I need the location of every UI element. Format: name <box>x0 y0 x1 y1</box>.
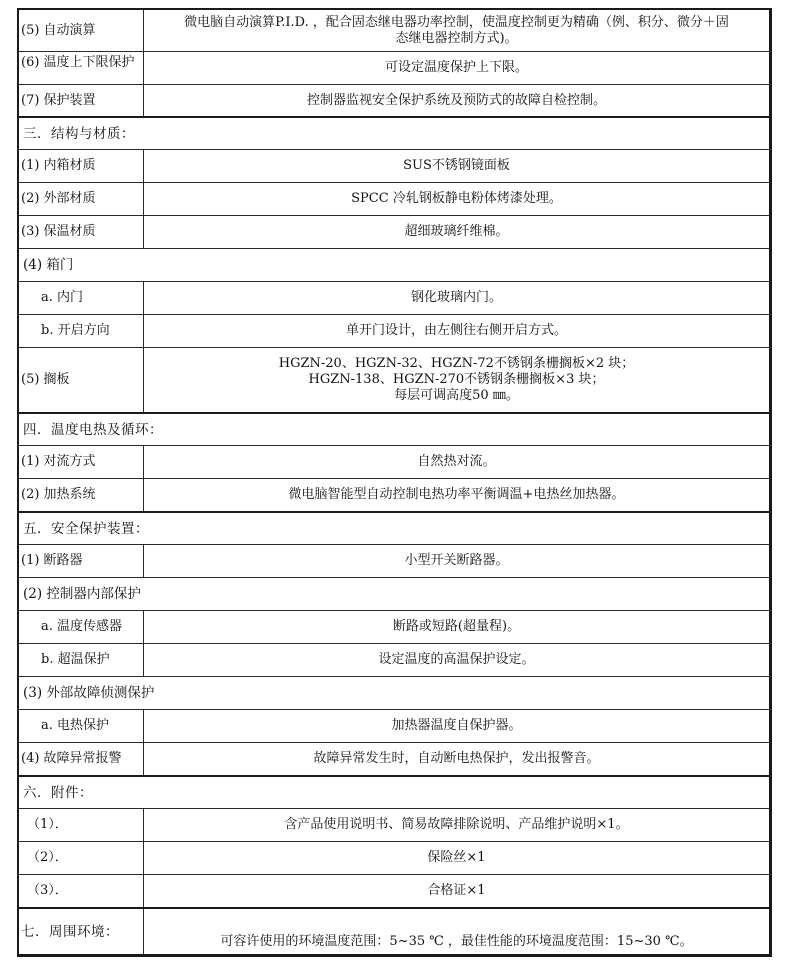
table-row: (3) 保温材质 超细玻璃纤维棉。 <box>19 215 769 248</box>
row-label: (4) 箱门 <box>19 249 769 281</box>
table-subheader: (4) 箱门 <box>19 248 769 281</box>
row-value: 钢化玻璃内门。 <box>144 282 769 314</box>
row-label: a. 内门 <box>19 282 144 314</box>
table-row-auto-calc: (5) 自动演算 微电脑自动演算P.I.D. ，配合固态继电器功率控制，使温度控… <box>19 10 769 51</box>
row-label: a. 电热保护 <box>19 710 144 742</box>
row-value: SUS不锈钢镜面板 <box>144 150 769 182</box>
row-value: SPCC 冷轧钢板静电粉体烤漆处理。 <box>144 183 769 215</box>
value-line: 微电脑自动演算P.I.D. ，配合固态继电器功率控制，使温度控制更为精确（例、积… <box>184 15 729 31</box>
row-label: a. 温度传感器 <box>19 611 144 643</box>
section-header-structure: 三．结构与材质： <box>19 116 769 149</box>
row-label: (2) 外部材质 <box>19 183 144 215</box>
row-value: 微电脑自动演算P.I.D. ，配合固态继电器功率控制，使温度控制更为精确（例、积… <box>144 10 769 51</box>
row-label: (1) 对流方式 <box>19 446 144 478</box>
row-label: （3）． <box>19 875 144 907</box>
row-label: (3) 保温材质 <box>19 216 144 248</box>
table-row: （2）． 保险丝×1 <box>19 841 769 874</box>
table-row: （1）． 含产品使用说明书、简易故障排除说明、产品维护说明×1。 <box>19 808 769 841</box>
table-row: (1) 对流方式 自然热对流。 <box>19 445 769 478</box>
row-value: 保险丝×1 <box>144 842 769 874</box>
table-row-temp-limit: (6) 温度上下限保护 可设定温度保护上下限。 <box>19 51 769 84</box>
row-label: （1）． <box>19 809 144 841</box>
table-row: (1) 断路器 小型开关断路器。 <box>19 544 769 577</box>
section-header-safety: 五．安全保护装置： <box>19 511 769 544</box>
section-header-accessories: 六．附件： <box>19 775 769 808</box>
table-subheader: (3) 外部故障侦测保护 <box>19 676 769 709</box>
row-value: 小型开关断路器。 <box>144 545 769 577</box>
row-label: b. 超温保护 <box>19 644 144 676</box>
row-label: (7) 保护装置 <box>19 85 144 116</box>
table-row: (4) 故障异常报警 故障异常发生时，自动断电热保护，发出报警音。 <box>19 742 769 775</box>
value-line: HGZN-20、HGZN-32、HGZN-72不锈钢条栅搁板×2 块； <box>279 356 635 372</box>
row-value: 可容许使用的环境温度范围：5~35 ℃ ，最佳性能的环境温度范围：15~30 ℃… <box>144 909 769 954</box>
table-row: (2) 外部材质 SPCC 冷轧钢板静电粉体烤漆处理。 <box>19 182 769 215</box>
section-title: 七．周围环境： <box>19 909 144 954</box>
row-label: (5) 自动演算 <box>19 10 144 51</box>
row-value: HGZN-20、HGZN-32、HGZN-72不锈钢条栅搁板×2 块； HGZN… <box>144 348 769 412</box>
spec-table: (5) 自动演算 微电脑自动演算P.I.D. ，配合固态继电器功率控制，使温度控… <box>17 8 772 957</box>
row-value: 自然热对流。 <box>144 446 769 478</box>
row-label: (4) 故障异常报警 <box>19 743 144 775</box>
table-row: b. 超温保护 设定温度的高温保护设定。 <box>19 643 769 676</box>
row-value: 可设定温度保护上下限。 <box>144 52 769 84</box>
section-title: 四．温度电热及循环： <box>19 414 769 445</box>
value-line: 每层可调高度50 ㎜。 <box>394 388 519 404</box>
row-label: (6) 温度上下限保护 <box>19 52 144 84</box>
row-value: 超细玻璃纤维棉。 <box>144 216 769 248</box>
table-subheader: (2) 控制器内部保护 <box>19 577 769 610</box>
row-label: (1) 内箱材质 <box>19 150 144 182</box>
row-label: （2）． <box>19 842 144 874</box>
row-label: (1) 断路器 <box>19 545 144 577</box>
value-line: HGZN-138、HGZN-270不锈钢条栅搁板×3 块； <box>309 372 605 388</box>
section-title: 六．附件： <box>19 777 769 808</box>
row-value: 控制器监视安全保护系统及预防式的故障自检控制。 <box>144 85 769 116</box>
section-header-heating: 四．温度电热及循环： <box>19 412 769 445</box>
section-title: 五．安全保护装置： <box>19 513 769 544</box>
row-value: 合格证×1 <box>144 875 769 907</box>
row-label: (5) 搁板 <box>19 348 144 412</box>
table-row: (2) 加热系统 微电脑智能型自动控制电热功率平衡调温+电热丝加热器。 <box>19 478 769 511</box>
table-row: a. 电热保护 加热器温度自保护器。 <box>19 709 769 742</box>
table-row: (1) 内箱材质 SUS不锈钢镜面板 <box>19 149 769 182</box>
row-value: 单开门设计，由左侧往右侧开启方式。 <box>144 315 769 347</box>
row-value: 加热器温度自保护器。 <box>144 710 769 742</box>
table-row-shelves: (5) 搁板 HGZN-20、HGZN-32、HGZN-72不锈钢条栅搁板×2 … <box>19 347 769 412</box>
row-label: b. 开启方向 <box>19 315 144 347</box>
row-value: 故障异常发生时，自动断电热保护，发出报警音。 <box>144 743 769 775</box>
table-row-protection: (7) 保护装置 控制器监视安全保护系统及预防式的故障自检控制。 <box>19 84 769 116</box>
row-value: 含产品使用说明书、简易故障排除说明、产品维护说明×1。 <box>144 809 769 841</box>
value-line: 态继电器控制方式)。 <box>395 31 517 47</box>
row-label: (3) 外部故障侦测保护 <box>19 677 769 709</box>
row-value: 设定温度的高温保护设定。 <box>144 644 769 676</box>
table-row: （3）． 合格证×1 <box>19 874 769 907</box>
table-row: a. 温度传感器 断路或短路(超量程)。 <box>19 610 769 643</box>
table-row: b. 开启方向 单开门设计，由左侧往右侧开启方式。 <box>19 314 769 347</box>
row-label: (2) 控制器内部保护 <box>19 578 769 610</box>
section-row-environment: 七．周围环境： 可容许使用的环境温度范围：5~35 ℃ ，最佳性能的环境温度范围… <box>19 907 769 954</box>
row-value: 微电脑智能型自动控制电热功率平衡调温+电热丝加热器。 <box>144 479 769 511</box>
table-row: a. 内门 钢化玻璃内门。 <box>19 281 769 314</box>
row-value: 断路或短路(超量程)。 <box>144 611 769 643</box>
row-label: (2) 加热系统 <box>19 479 144 511</box>
section-title: 三．结构与材质： <box>19 118 769 149</box>
